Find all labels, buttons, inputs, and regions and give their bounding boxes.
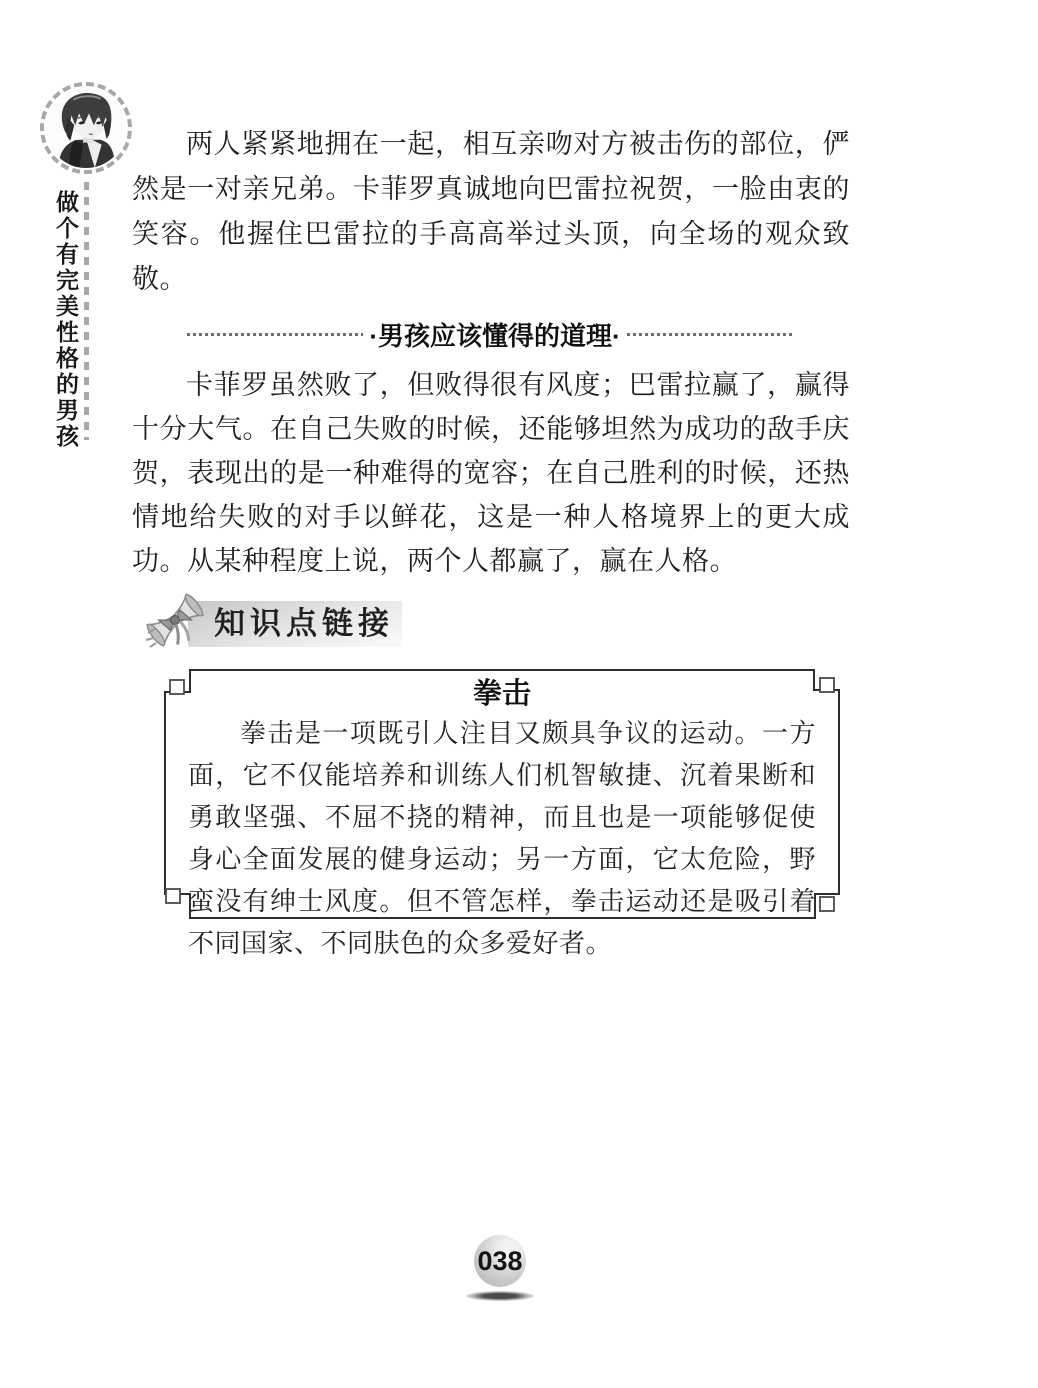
knowledge-link-badge: 知识点链接 xyxy=(132,591,850,649)
page-number: 038 xyxy=(477,1246,522,1277)
heading-dotted-line-left xyxy=(187,333,363,336)
sidebar-series-title: 做个有完美性格的男孩 xyxy=(50,190,83,450)
anime-boy-portrait-icon xyxy=(46,88,126,168)
sidebar-avatar xyxy=(40,82,132,174)
paragraph-1: 两人紧紧地拥在一起，相互亲吻对方被击伤的部位，俨然是一对亲兄弟。卡菲罗真诚地向巴… xyxy=(132,122,850,302)
knowledge-box-title: 拳击 xyxy=(164,669,840,710)
heading-dotted-line-right xyxy=(627,333,795,336)
knowledge-box-body: 拳击是一项既引人注目又颇具争议的运动。一方面，它不仅能培养和训练人们机智敏捷、沉… xyxy=(164,710,840,965)
main-column: 两人紧紧地拥在一起，相互亲吻对方被击伤的部位，俨然是一对亲兄弟。卡菲罗真诚地向巴… xyxy=(132,122,850,919)
page-number-shadow xyxy=(466,1291,534,1301)
section-heading-row: ·男孩应该懂得的道理· xyxy=(132,316,850,353)
section-heading: ·男孩应该懂得的道理· xyxy=(369,316,620,353)
scroll-ribbon-icon xyxy=(142,587,208,653)
paragraph-2: 卡菲罗虽然败了，但败得很有风度；巴雷拉赢了，赢得十分大气。在自己失败的时候，还能… xyxy=(132,363,850,583)
book-page: { "page": { "number": "038" }, "sidebar"… xyxy=(0,0,1038,1388)
sidebar-dashed-line xyxy=(84,182,89,440)
badge-label: 知识点链接 xyxy=(214,601,394,647)
page-number-badge: 038 xyxy=(474,1235,526,1287)
knowledge-box: 拳击 拳击是一项既引人注目又颇具争议的运动。一方面，它不仅能培养和训练人们机智敏… xyxy=(164,669,840,919)
